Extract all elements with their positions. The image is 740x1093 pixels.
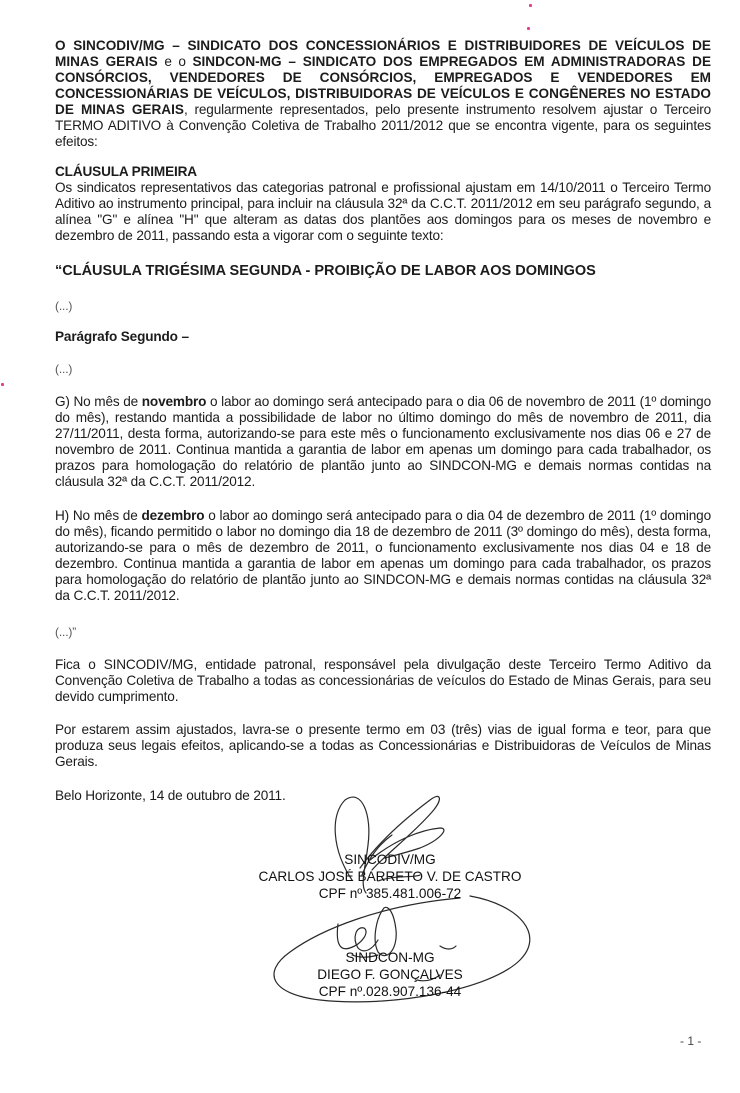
item-h-month: dezembro	[141, 508, 204, 523]
item-h: H) No mês de dezembro o labor ao domingo…	[55, 508, 711, 604]
item-g: G) No mês de novembro o labor ao domingo…	[55, 394, 711, 490]
conjunction: e o	[158, 54, 193, 69]
signature-block-sindcon: SINDCON-MG DIEGO F. GONÇALVES CPF nº.028…	[260, 949, 520, 1000]
ellipsis: (...)”	[55, 624, 711, 640]
signatory-name: DIEGO F. GONÇALVES	[260, 966, 520, 983]
ellipsis: (...)	[55, 298, 711, 314]
signatory-cpf: CPF nº 385.481.006-72	[220, 885, 560, 902]
document-page: O SINCODIV/MG – SINDICATO DOS CONCESSION…	[0, 0, 740, 1093]
ellipsis: (...)	[55, 361, 711, 377]
item-h-prefix: H) No mês de	[55, 508, 141, 523]
paragraph-title: Parágrafo Segundo –	[55, 329, 711, 345]
clause32-title: “CLÁUSULA TRIGÉSIMA SEGUNDA - PROIBIÇÃO …	[55, 263, 711, 279]
signatory-name: CARLOS JOSÉ BARRETO V. DE CASTRO	[220, 868, 560, 885]
signatory-cpf: CPF nº.028.907.136-44	[260, 983, 520, 1000]
scan-mark	[527, 27, 530, 30]
clause1-title: CLÁUSULA PRIMEIRA	[55, 164, 711, 180]
intro-paragraph: O SINCODIV/MG – SINDICATO DOS CONCESSION…	[55, 38, 711, 150]
signatory-org: SINDCON-MG	[260, 949, 520, 966]
clause1-text: Os sindicatos representativos das catego…	[55, 180, 711, 244]
signatory-org: SINCODIV/MG	[220, 851, 560, 868]
scan-mark	[529, 4, 532, 7]
item-g-prefix: G) No mês de	[55, 394, 142, 409]
place-date: Belo Horizonte, 14 de outubro de 2011.	[55, 788, 711, 804]
scan-mark	[1, 383, 4, 386]
responsibility-paragraph: Fica o SINCODIV/MG, entidade patronal, r…	[55, 657, 711, 705]
item-g-month: novembro	[142, 394, 207, 409]
page-number: - 1 -	[680, 1034, 701, 1048]
signature-block-sincodiv: SINCODIV/MG CARLOS JOSÉ BARRETO V. DE CA…	[220, 851, 560, 902]
agreement-paragraph: Por estarem assim ajustados, lavra-se o …	[55, 722, 711, 770]
